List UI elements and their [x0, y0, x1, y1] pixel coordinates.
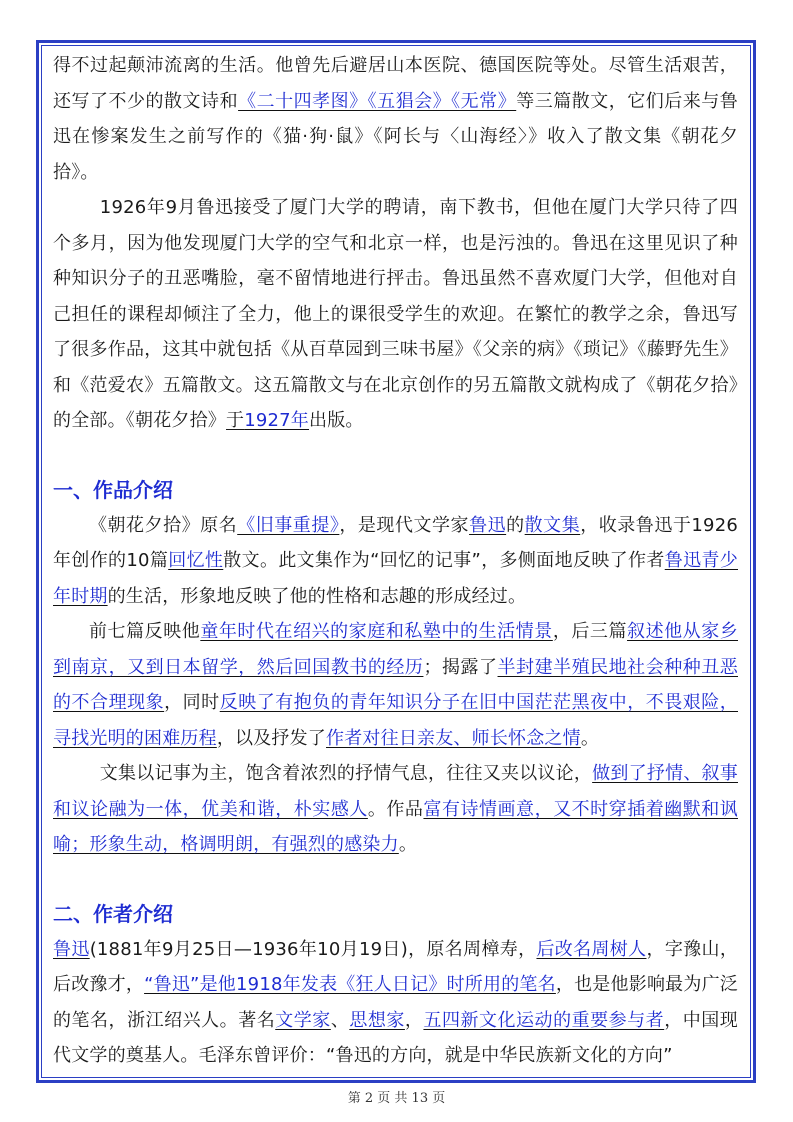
text-run: ，同时 [164, 692, 220, 713]
link-1927[interactable]: 1927年 [244, 410, 309, 431]
spacer [53, 863, 738, 896]
spacer [53, 439, 738, 472]
link-essay-titles[interactable]: 《二十四孝图》《五猖会》《无常》 [238, 91, 516, 112]
link-may-fourth[interactable]: 五四新文化运动的重要参与者 [423, 1010, 664, 1031]
text-run: ， [405, 1010, 424, 1031]
text-run: ；揭露了 [423, 657, 497, 678]
text-run: 出版。 [309, 410, 364, 431]
link-pen-name[interactable]: “鲁迅”是他1918年发表《狂人日记》时所用的笔名 [144, 974, 556, 995]
page-content: 得不过起颠沛流离的生活。他曾先后避居山本医院、德国医院等处。尽管生活艰苦，还写了… [41, 45, 751, 1078]
intro-paragraph-1: 得不过起颠沛流离的生活。他曾先后避居山本医院、德国医院等处。尽管生活艰苦，还写了… [53, 48, 738, 190]
link-childhood[interactable]: 童年时代在绍兴的家庭和私塾中的生活情景 [200, 621, 553, 642]
link-original-title[interactable]: 《旧事重提》 [237, 515, 339, 536]
link-reminiscence[interactable]: 回忆性 [168, 550, 223, 571]
text-run: ，以及抒发了 [217, 728, 326, 749]
link-writer[interactable]: 文学家 [275, 1010, 331, 1031]
text-run: 《朝花夕拾》原名 [89, 515, 237, 536]
works-paragraph-2: 前七篇反映他童年时代在绍兴的家庭和私塾中的生活情景，后三篇叙述他从家乡到南京，又… [53, 614, 738, 756]
section-heading-works: 一、作品介绍 [53, 472, 738, 508]
text-run: 。作品 [368, 799, 424, 820]
link-thinker[interactable]: 思想家 [349, 1010, 405, 1031]
page-number-footer: 第 2 页 共 13 页 [0, 1087, 793, 1106]
text-run: ，后三篇 [553, 621, 627, 642]
author-paragraph-1: 鲁迅(1881年9月25日—1936年10月19日)，原名周樟寿，后改名周树人，… [53, 932, 738, 1074]
text-run: ，是现代文学家 [339, 515, 469, 536]
page-border-frame: 得不过起颠沛流离的生活。他曾先后避居山本医院、德国医院等处。尽管生活艰苦，还写了… [36, 40, 756, 1083]
link-renamed[interactable]: 后改名周树人 [536, 939, 646, 960]
text-run-underlined: 于 [226, 410, 244, 431]
text-run: 。 [581, 728, 599, 749]
text-run: 文集以记事为主，饱含着浓烈的抒情气息，往往又夹以议论， [100, 763, 592, 784]
text-run: 1926年9月鲁迅接受了厦门大学的聘请，南下教书，但他在厦门大学只待了四个多月，… [53, 197, 738, 431]
text-run: (1881年9月25日—1936年10月19日)，原名周樟寿， [90, 939, 537, 960]
works-paragraph-3: 文集以记事为主，饱含着浓烈的抒情气息，往往又夹以议论，做到了抒情、叙事和议论融为… [53, 756, 738, 863]
text-run: 的 [506, 515, 525, 536]
link-luxun[interactable]: 鲁迅 [469, 515, 506, 536]
text-run: 。 [399, 834, 417, 855]
link-nostalgia[interactable]: 作者对往日亲友、师长怀念之情 [326, 728, 581, 749]
link-prose-collection[interactable]: 散文集 [525, 515, 581, 536]
text-run: 散文。此文集作为“回忆的记事”，多侧面地反映了作者 [223, 550, 664, 571]
works-paragraph-1: 《朝花夕拾》原名《旧事重提》，是现代文学家鲁迅的散文集，收录鲁迅于1926年创作… [53, 508, 738, 615]
section-heading-author: 二、作者介绍 [53, 896, 738, 932]
link-luxun[interactable]: 鲁迅 [53, 939, 90, 960]
text-run: 的生活，形象地反映了他的性格和志趣的形成经过。 [108, 586, 527, 607]
intro-paragraph-2: 1926年9月鲁迅接受了厦门大学的聘请，南下教书，但他在厦门大学只待了四个多月，… [53, 190, 738, 439]
text-run: 、 [331, 1010, 350, 1031]
text-run: 前七篇反映他 [89, 621, 200, 642]
